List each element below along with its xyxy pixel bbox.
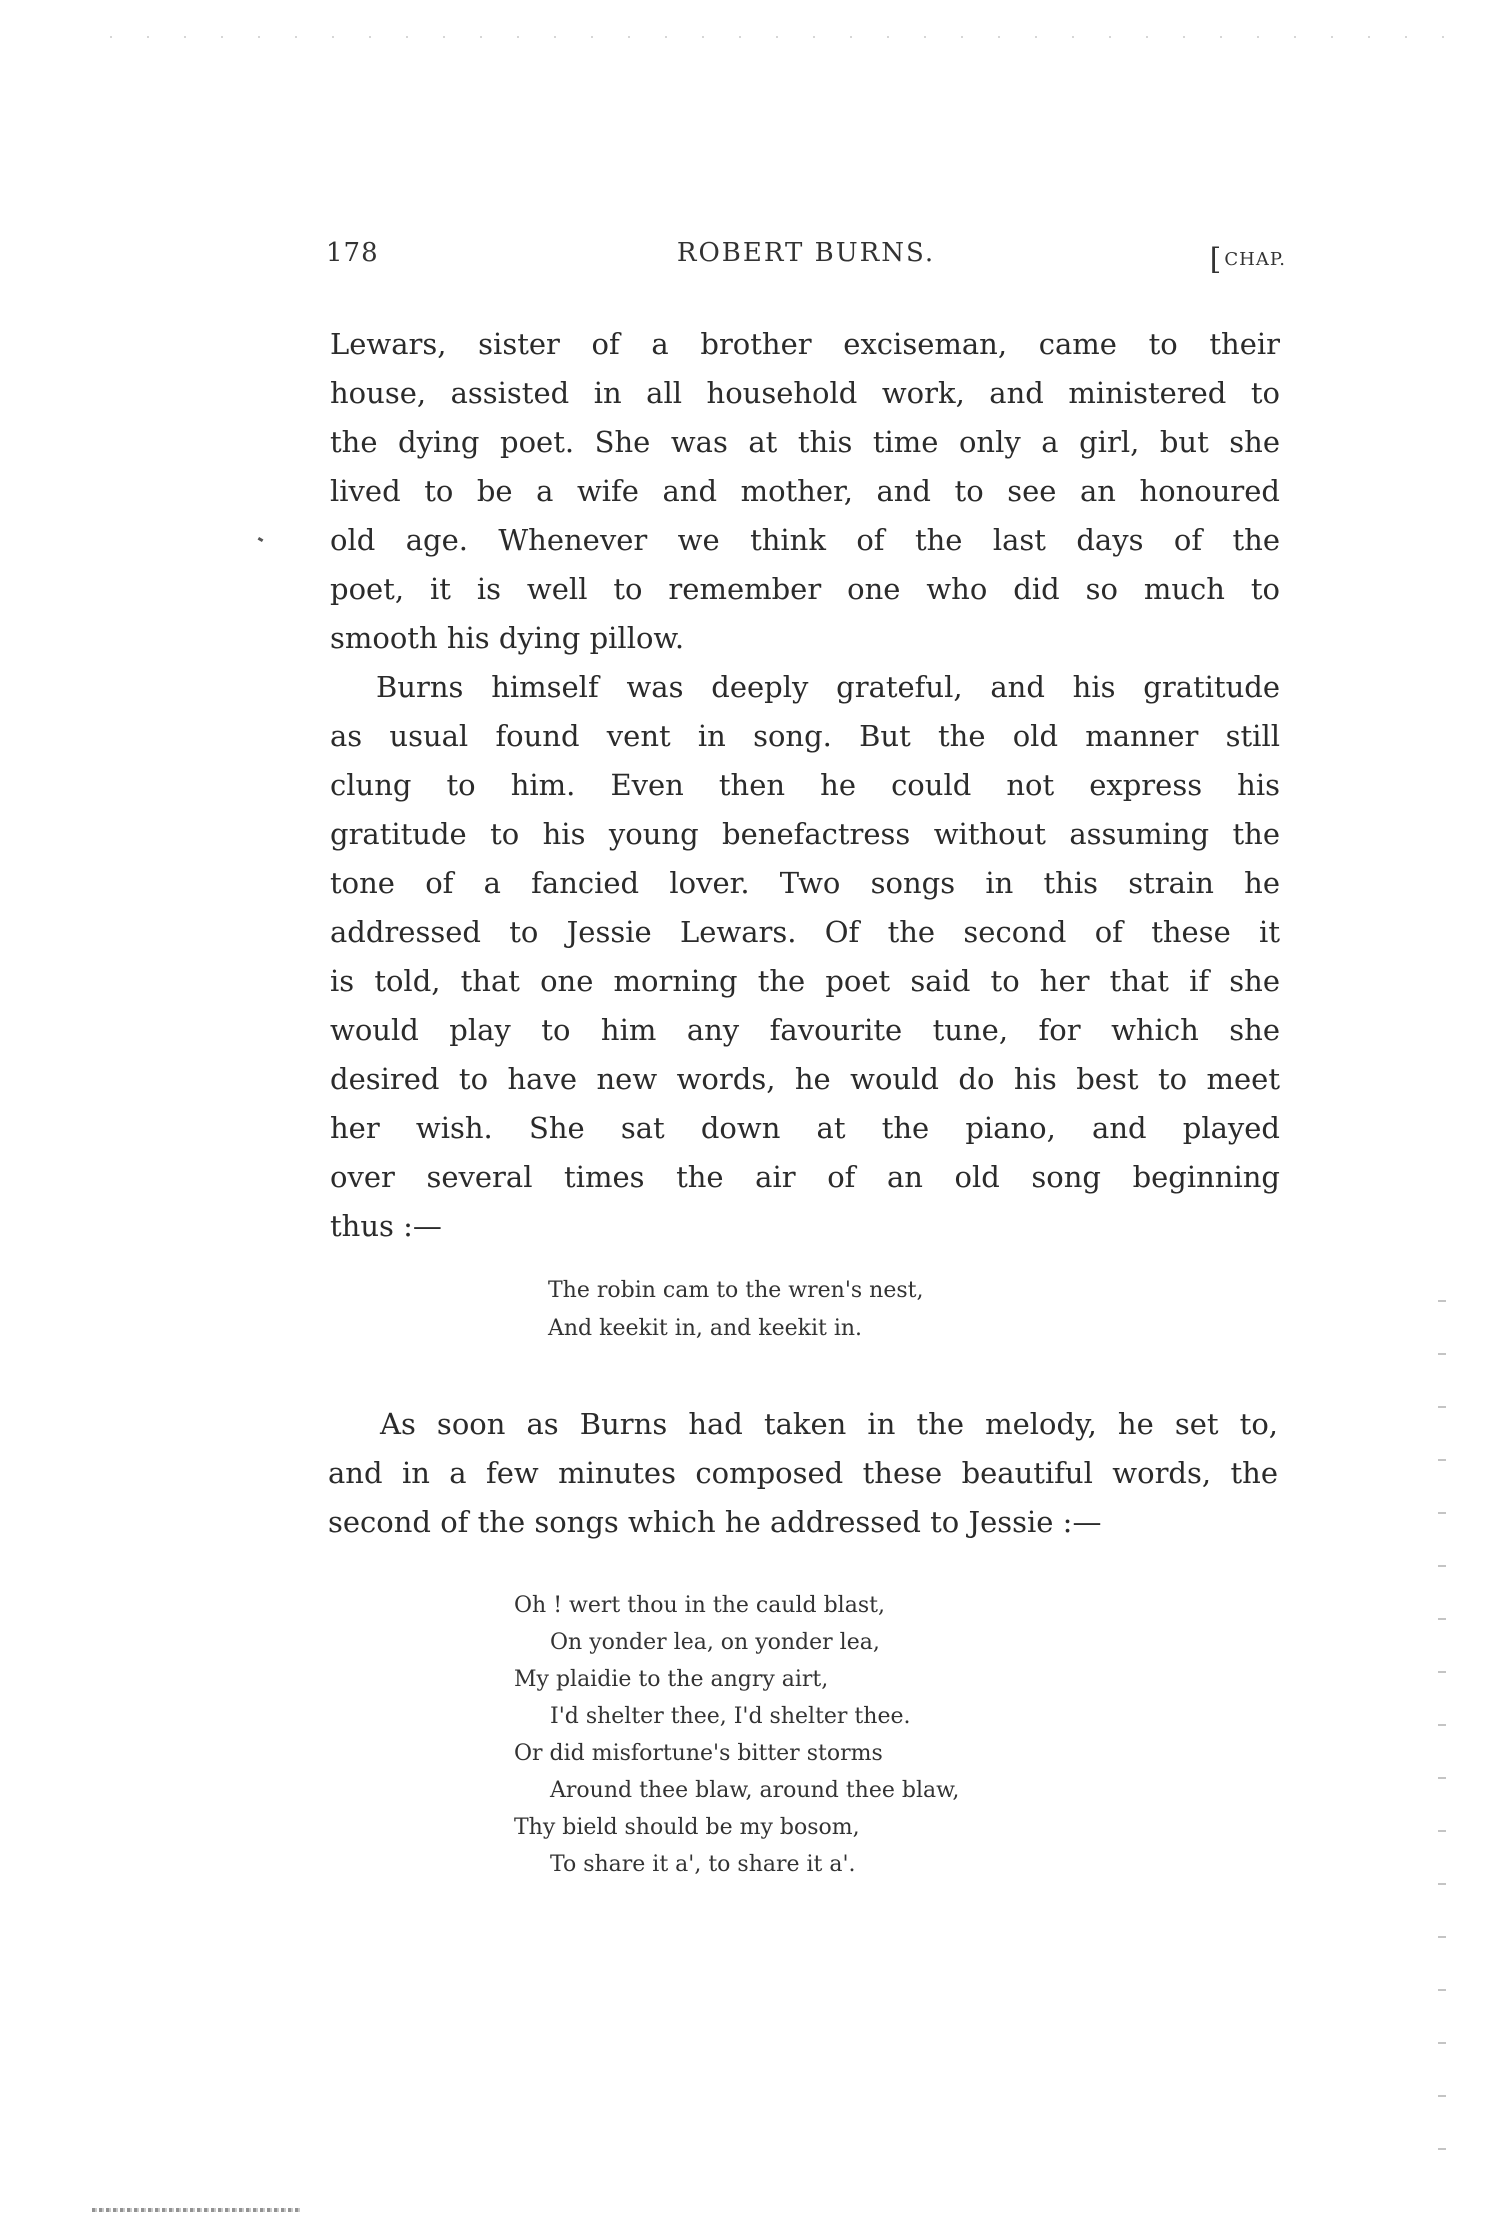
verse-song: Oh ! wert thou in the cauld blast, On yo… xyxy=(514,1587,959,1883)
text-line: lived to be a wife and mother, and to se… xyxy=(330,467,1280,516)
verse-line: And keekit in, and keekit in. xyxy=(548,1310,923,1348)
text-line: the dying poet. She was at this time onl… xyxy=(330,418,1280,467)
paragraph-1: Lewars, sister of a brother exciseman, c… xyxy=(330,320,1280,663)
text-line: as usual found vent in song. But the old… xyxy=(330,712,1280,761)
text-line: Lewars, sister of a brother exciseman, c… xyxy=(330,320,1280,369)
scan-artifact-bottom xyxy=(92,2208,302,2212)
text-line: addressed to Jessie Lewars. Of the secon… xyxy=(330,908,1280,957)
verse-robin: The robin cam to the wren's nest, And ke… xyxy=(548,1272,923,1348)
text-line: and in a few minutes composed these beau… xyxy=(328,1449,1278,1498)
running-head: 178 ROBERT BURNS. CHAP. xyxy=(326,238,1286,272)
verse-line: Thy bield should be my bosom, xyxy=(514,1809,959,1846)
running-title: ROBERT BURNS. xyxy=(326,238,1286,268)
paragraph-2: Burns himself was deeply grateful, and h… xyxy=(330,663,1280,1251)
verse-line: On yonder lea, on yonder lea, xyxy=(514,1624,959,1661)
text-line: house, assisted in all household work, a… xyxy=(330,369,1280,418)
book-page: 178 ROBERT BURNS. CHAP. Lewars, sister o… xyxy=(0,0,1491,2217)
text-line: over several times the air of an old son… xyxy=(330,1153,1280,1202)
paragraph-3: As soon as Burns had taken in the melody… xyxy=(328,1400,1278,1547)
scan-artifact-top xyxy=(110,36,1470,38)
text-line: desired to have new words, he would do h… xyxy=(330,1055,1280,1104)
text-line: her wish. She sat down at the piano, and… xyxy=(330,1104,1280,1153)
text-line: clung to him. Even then he could not exp… xyxy=(330,761,1280,810)
verse-line: Or did misfortune's bitter storms xyxy=(514,1735,959,1772)
verse-line: My plaidie to the angry airt, xyxy=(514,1661,959,1698)
text-line: poet, it is well to remember one who did… xyxy=(330,565,1280,614)
text-line: would play to him any favourite tune, fo… xyxy=(330,1006,1280,1055)
chapter-marker: CHAP. xyxy=(1210,238,1286,273)
verse-line: Around thee blaw, around thee blaw, xyxy=(514,1772,959,1809)
text-line: is told, that one morning the poet said … xyxy=(330,957,1280,1006)
text-line: second of the songs which he addressed t… xyxy=(328,1498,1278,1547)
text-line: thus :— xyxy=(330,1202,1280,1251)
text-line: gratitude to his young benefactress with… xyxy=(330,810,1280,859)
text-line: As soon as Burns had taken in the melody… xyxy=(328,1400,1278,1449)
text-line: Burns himself was deeply grateful, and h… xyxy=(330,663,1280,712)
scan-artifact-edge xyxy=(1438,1300,1446,2200)
scan-artifact-mark xyxy=(258,537,264,542)
text-line: smooth his dying pillow. xyxy=(330,614,1280,663)
text-line: old age. Whenever we think of the last d… xyxy=(330,516,1280,565)
verse-line: I'd shelter thee, I'd shelter thee. xyxy=(514,1698,959,1735)
verse-line: To share it a', to share it a'. xyxy=(514,1846,959,1883)
verse-line: Oh ! wert thou in the cauld blast, xyxy=(514,1587,959,1624)
verse-line: The robin cam to the wren's nest, xyxy=(548,1272,923,1310)
text-line: tone of a fancied lover. Two songs in th… xyxy=(330,859,1280,908)
